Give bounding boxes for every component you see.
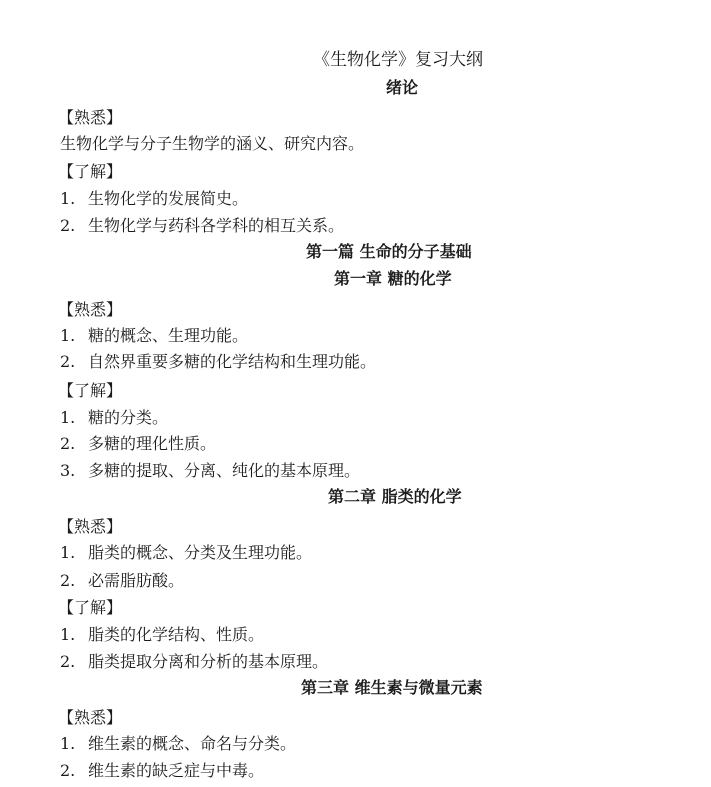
document-title: 《生物化学》复习大纲 — [313, 50, 483, 70]
list-item: 1.脂类的概念、分类及生理功能。 — [60, 543, 312, 563]
list-item: 2.多糖的理化性质。 — [60, 434, 216, 454]
chapter2-familiar-label: 【熟悉】 — [58, 517, 122, 537]
list-item: 2.必需脂肪酸。 — [60, 571, 184, 591]
part1-heading: 第一篇 生命的分子基础 — [306, 242, 472, 262]
list-item: 1.糖的分类。 — [60, 408, 168, 428]
intro-familiar-label: 【熟悉】 — [58, 108, 122, 128]
intro-understand-label: 【了解】 — [58, 162, 122, 182]
chapter1-familiar-label: 【熟悉】 — [58, 300, 122, 320]
list-item: 2.维生素的缺乏症与中毒。 — [60, 761, 264, 781]
list-item: 2.脂类提取分离和分析的基本原理。 — [60, 652, 328, 672]
list-item: 2.自然界重要多糖的化学结构和生理功能。 — [60, 352, 376, 372]
list-item: 1.脂类的化学结构、性质。 — [60, 625, 264, 645]
list-item: 1.糖的概念、生理功能。 — [60, 326, 248, 346]
chapter1-heading: 第一章 糖的化学 — [334, 269, 452, 289]
list-item: 2.生物化学与药科各学科的相互关系。 — [60, 216, 344, 236]
chapter3-heading: 第三章 维生素与微量元素 — [301, 678, 483, 698]
chapter1-understand-label: 【了解】 — [58, 381, 122, 401]
intro-heading: 绪论 — [386, 78, 418, 98]
intro-familiar-text: 生物化学与分子生物学的涵义、研究内容。 — [60, 134, 364, 154]
list-item: 1.生物化学的发展简史。 — [60, 189, 248, 209]
list-item: 3.多糖的提取、分离、纯化的基本原理。 — [60, 461, 360, 481]
list-item: 1.维生素的概念、命名与分类。 — [60, 734, 296, 754]
chapter2-understand-label: 【了解】 — [58, 598, 122, 618]
chapter2-heading: 第二章 脂类的化学 — [328, 487, 462, 507]
chapter3-familiar-label: 【熟悉】 — [58, 708, 122, 728]
